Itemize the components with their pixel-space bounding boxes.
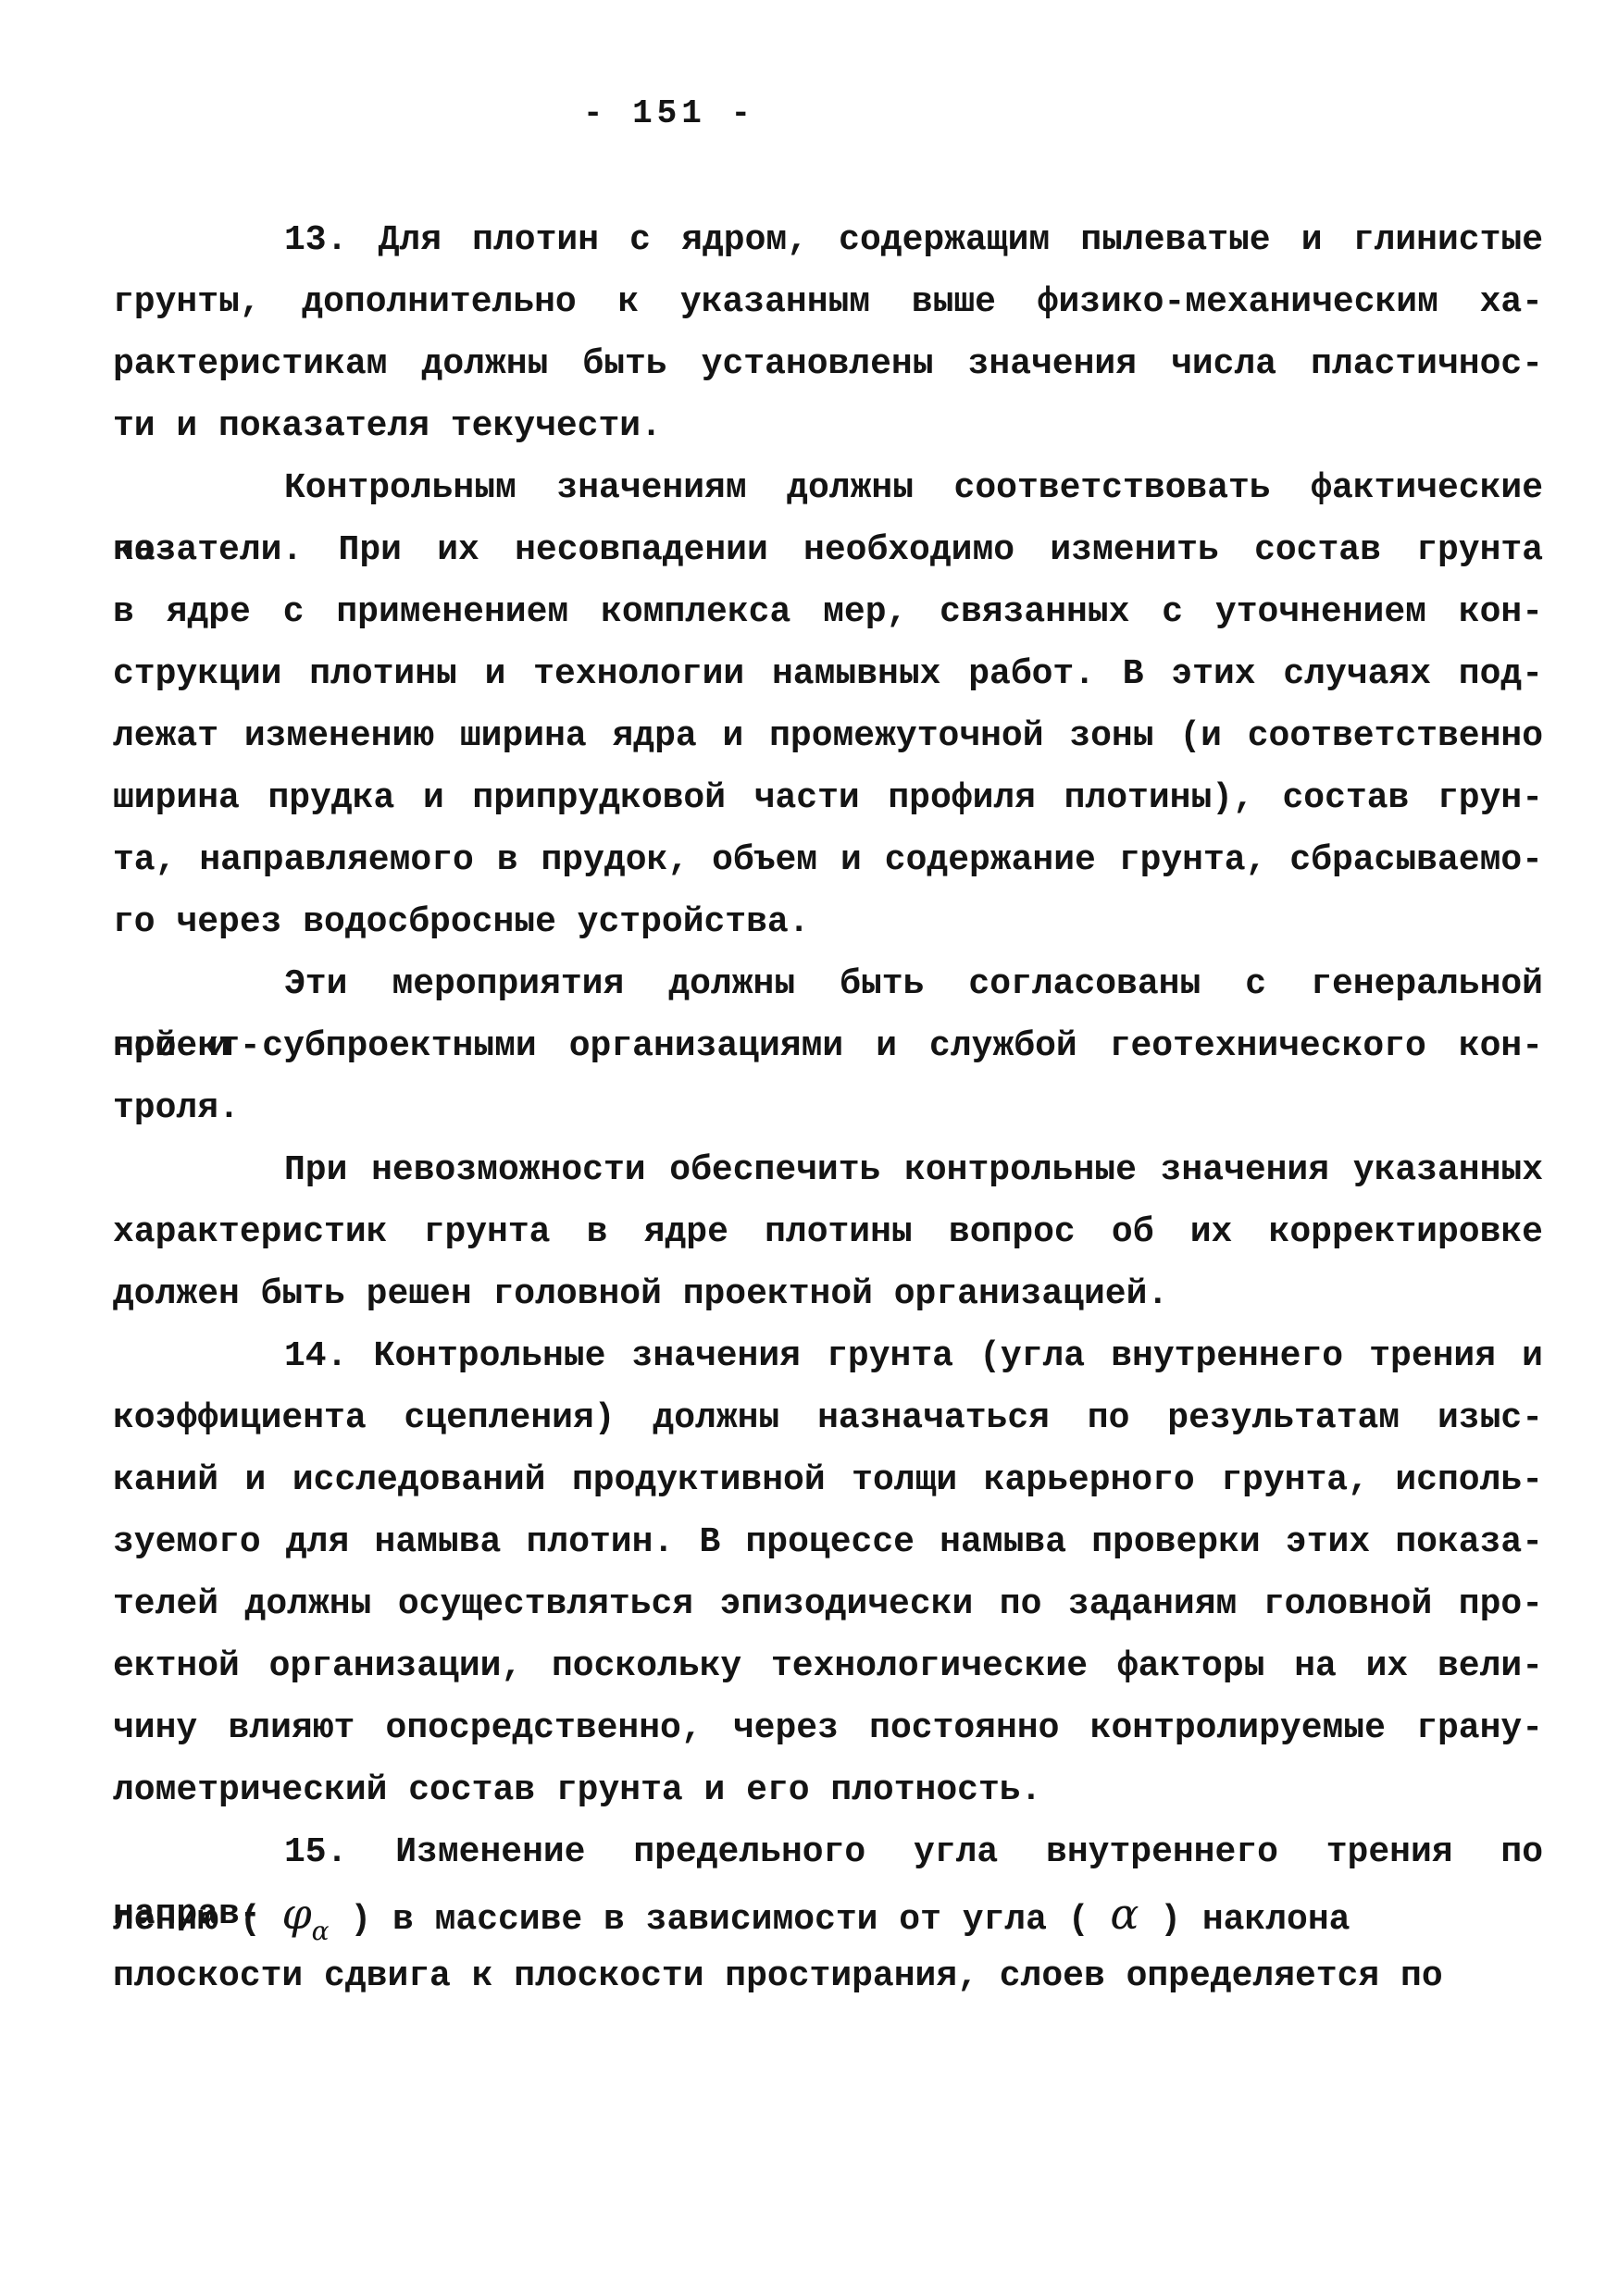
greek-symbol: φ: [281, 1889, 311, 1939]
text-line: При невозможности обеспечить контрольные…: [113, 1139, 1543, 1201]
paragraph: При невозможности обеспечить контрольные…: [113, 1139, 1543, 1325]
text-line: 15. Изменение предельного угла внутренне…: [113, 1821, 1543, 1883]
text-line: Эти мероприятия должны быть согласованы …: [113, 953, 1543, 1015]
text-line: плоскости сдвига к плоскости простирания…: [113, 1945, 1543, 2007]
formula-text: ) в массиве в зависимости от угла (: [330, 1900, 1111, 1940]
alpha-subscript-symbol: α: [312, 1916, 330, 1946]
paragraph: 14. Контрольные значения грунта (угла вн…: [113, 1325, 1543, 1821]
text-line: должен быть решен головной проектной орг…: [113, 1263, 1543, 1325]
formula-text: лению (: [113, 1900, 281, 1940]
document-body: 13. Для плотин с ядром, содержащим пылев…: [113, 209, 1543, 2007]
text-line: в ядре с применением комплекса мер, связ…: [113, 581, 1543, 643]
text-line: характеристик грунта в ядре плотины вопр…: [113, 1201, 1543, 1263]
text-line: лению ( φα ) в массиве в зависимости от …: [113, 1883, 1543, 1945]
scanned-page: - 151 - 13. Для плотин с ядром, содержащ…: [0, 0, 1618, 2296]
text-line: рактеристикам должны быть установлены зн…: [113, 333, 1543, 395]
paragraph: 15. Изменение предельного угла внутренне…: [113, 1821, 1543, 2007]
text-line: струкции плотины и технологии намывных р…: [113, 643, 1543, 705]
paragraph: Контрольным значениям должны соответство…: [113, 457, 1543, 953]
text-line: го через водосбросные устройства.: [113, 891, 1543, 953]
text-line: казатели. При их несовпадении необходимо…: [113, 519, 1543, 581]
text-line: троля.: [113, 1077, 1543, 1139]
text-line: ти и показателя текучести.: [113, 395, 1543, 457]
text-line: лежат изменению ширина ядра и промежуточ…: [113, 705, 1543, 767]
text-line: ной и субпроектными организациями и служ…: [113, 1015, 1543, 1077]
text-line: зуемого для намыва плотин. В процессе на…: [113, 1511, 1543, 1573]
text-line: ширина прудка и припрудковой части профи…: [113, 767, 1543, 829]
text-line: ектной организации, поскольку технологич…: [113, 1635, 1543, 1697]
text-line: каний и исследований продуктивной толщи …: [113, 1449, 1543, 1511]
text-line: чину влияют опосредственно, через постоя…: [113, 1697, 1543, 1759]
formula-text: ) наклона: [1139, 1900, 1350, 1940]
text-line: Контрольным значениям должны соответство…: [113, 457, 1543, 519]
text-line: 14. Контрольные значения грунта (угла вн…: [113, 1325, 1543, 1387]
page-number: - 151 -: [0, 94, 1338, 132]
paragraph: Эти мероприятия должны быть согласованы …: [113, 953, 1543, 1139]
greek-symbol: α: [1110, 1889, 1139, 1939]
paragraph: 13. Для плотин с ядром, содержащим пылев…: [113, 209, 1543, 457]
text-line: телей должны осуществляться эпизодически…: [113, 1573, 1543, 1635]
text-line: та, направляемого в прудок, объем и соде…: [113, 829, 1543, 891]
text-line: коэффициента сцепления) должны назначать…: [113, 1387, 1543, 1449]
text-line: грунты, дополнительно к указанным выше ф…: [113, 271, 1543, 333]
text-line: 13. Для плотин с ядром, содержащим пылев…: [113, 209, 1543, 271]
text-line: лометрический состав грунта и его плотно…: [113, 1759, 1543, 1821]
